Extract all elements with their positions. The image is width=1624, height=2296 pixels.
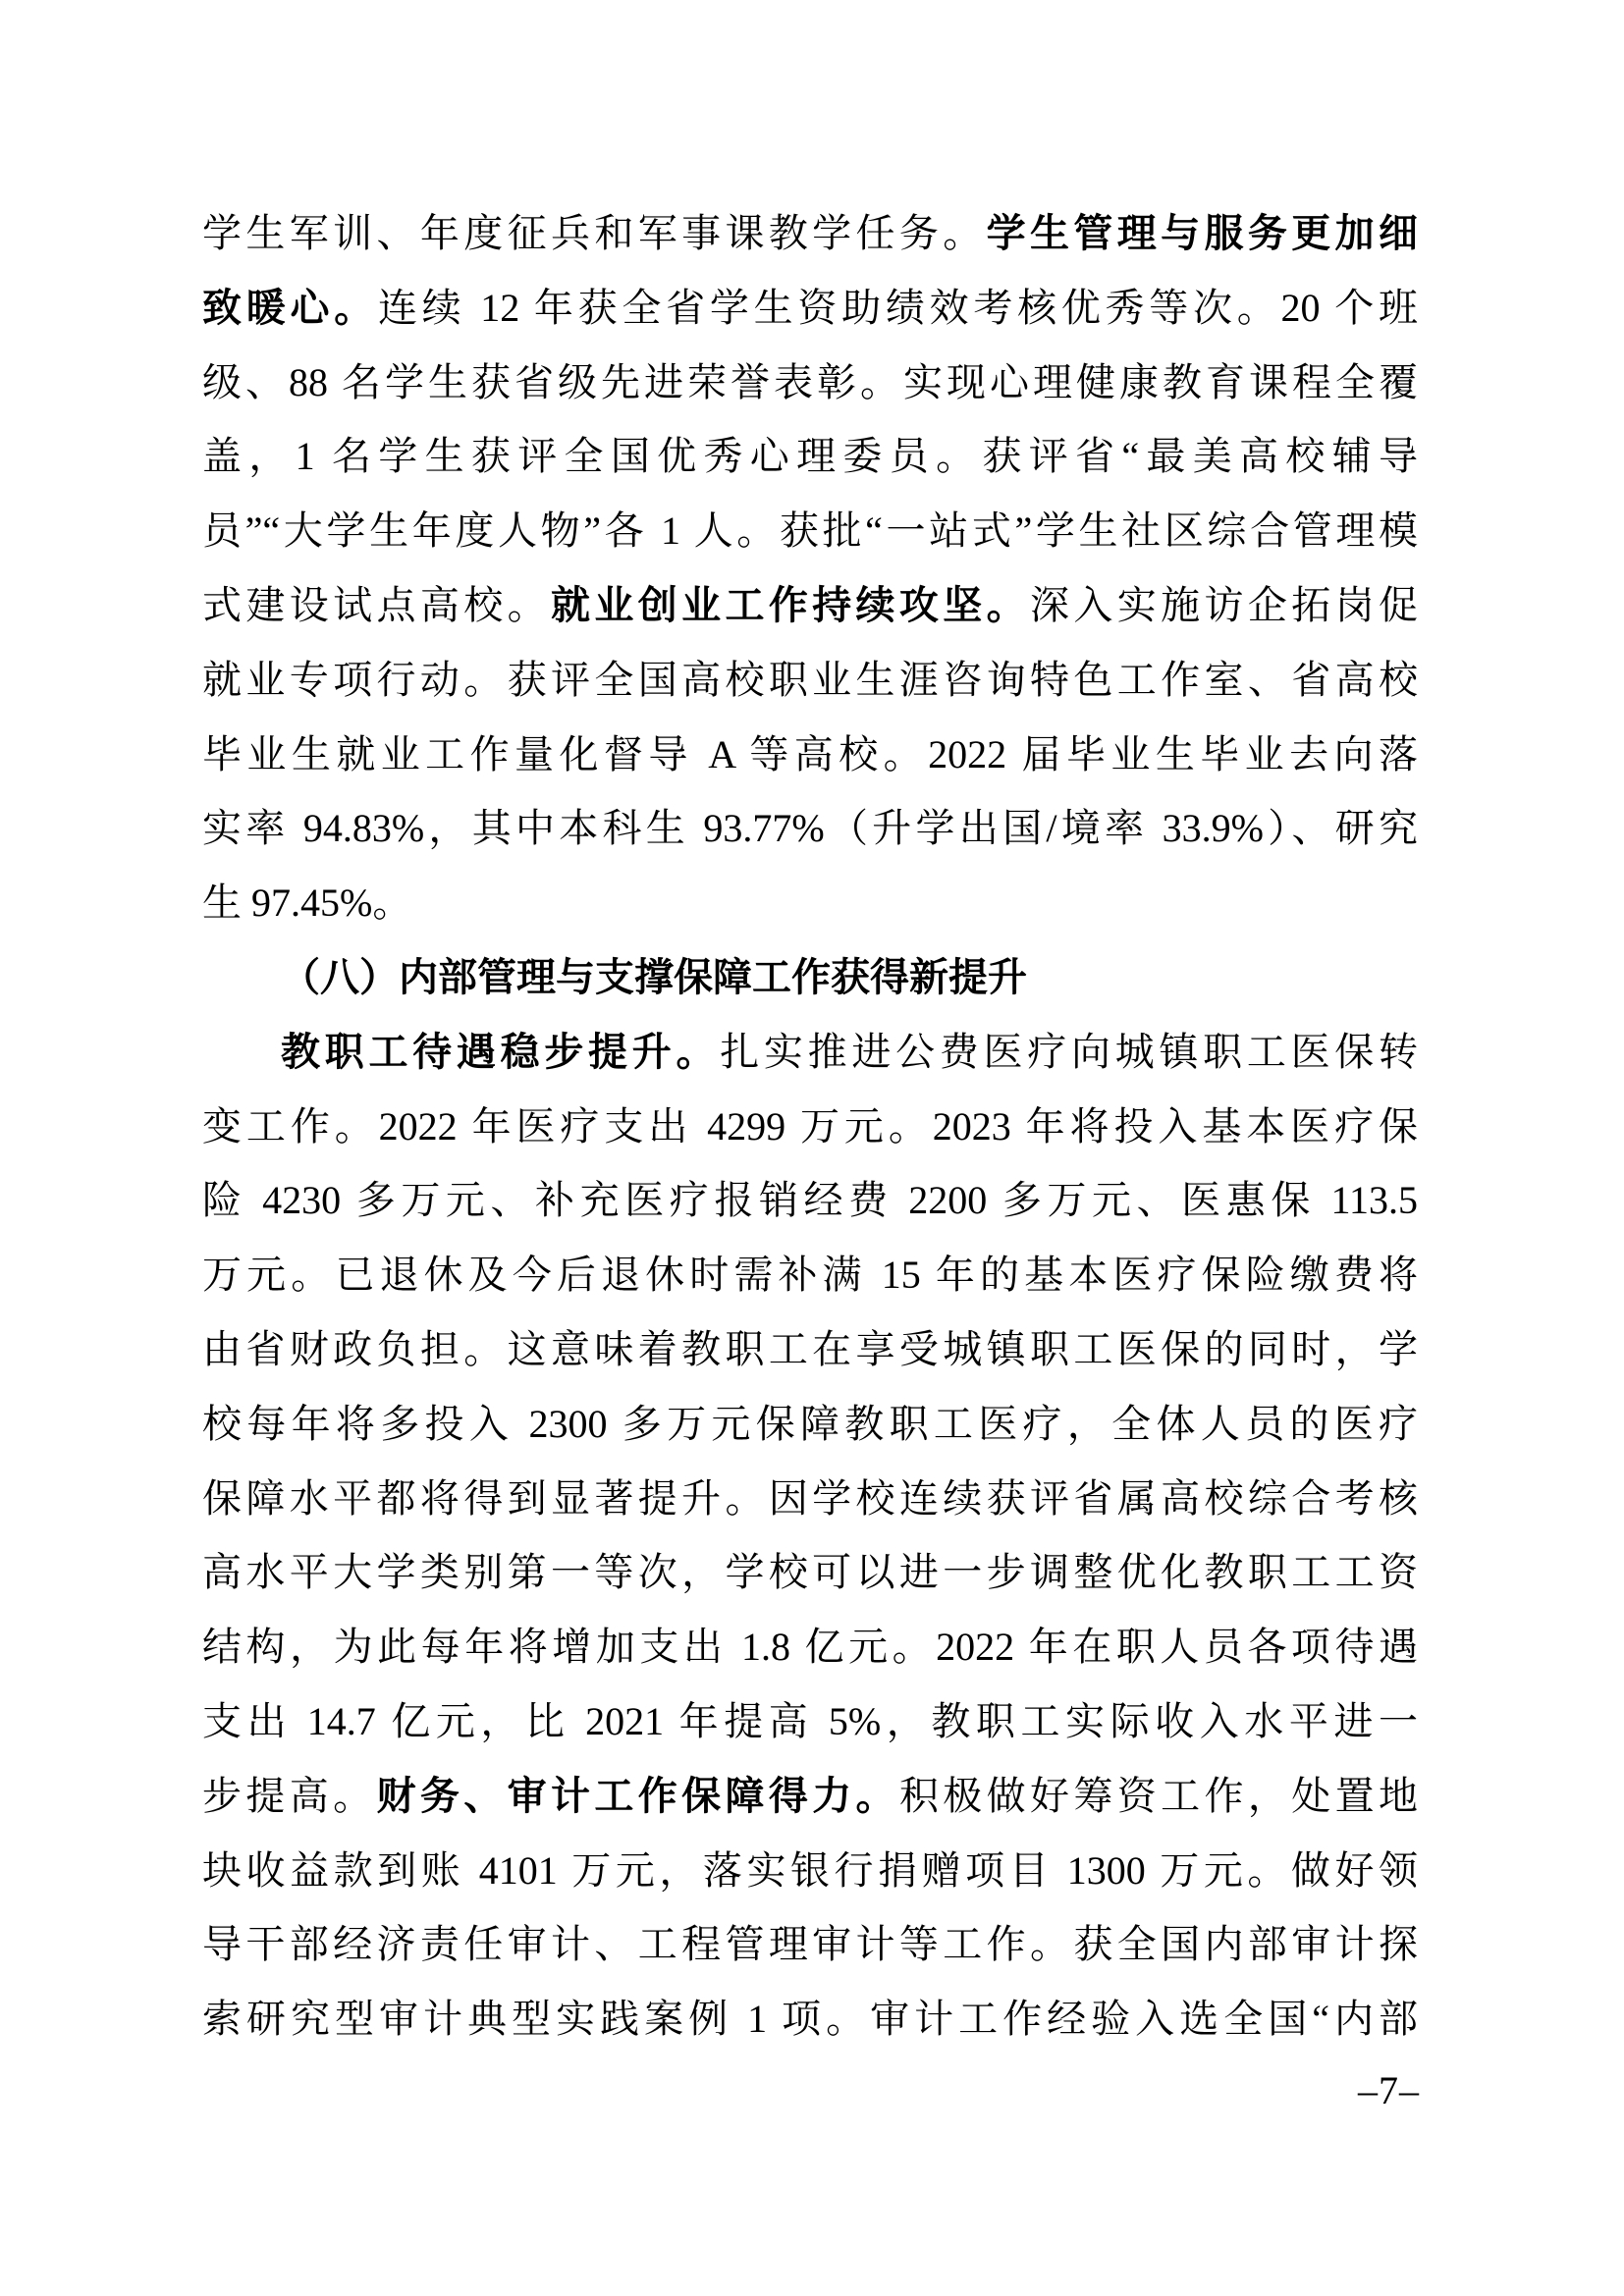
text-segment: 保障水平都将得到显著提升。因学校连续获评省属高校综合考核 <box>202 1476 1418 1521</box>
bold-text-segment: 财务、审计工作保障得力。 <box>376 1774 898 1818</box>
text-segment: 块收益款到账 4101 万元，落实银行捐赠项目 1300 万元。做好领 <box>202 1848 1418 1893</box>
text-line: 保障水平都将得到显著提升。因学校连续获评省属高校综合考核 <box>202 1462 1418 1536</box>
bold-text-segment: （八）内部管理与支撑保障工作获得新提升 <box>281 955 1027 999</box>
text-line: 实率 94.83%，其中本科生 93.77%（升学出国/境率 33.9%）、研究 <box>202 791 1418 866</box>
text-segment: 步提高。 <box>202 1774 376 1818</box>
text-segment: 变工作。2022 年医疗支出 4299 万元。2023 年将投入基本医疗保 <box>202 1104 1418 1148</box>
text-segment: 连续 12 年获全省学生资助绩效考核优秀等次。20 个班 <box>378 286 1418 330</box>
text-line: 式建设试点高校。就业创业工作持续攻坚。深入实施访企拓岗促 <box>202 568 1418 643</box>
text-line: （八）内部管理与支撑保障工作获得新提升 <box>202 940 1418 1015</box>
text-line: 员”“大学生年度人物”各 1 人。获批“一站式”学生社区综合管理模 <box>202 494 1418 568</box>
text-segment: 高水平大学类别第一等次，学校可以进一步调整优化教职工工资 <box>202 1550 1418 1594</box>
text-segment: 员”“大学生年度人物”各 1 人。获批“一站式”学生社区综合管理模 <box>202 508 1418 553</box>
bold-text-segment: 致暖心。 <box>202 286 378 330</box>
text-segment: 结构，为此每年将增加支出 1.8 亿元。2022 年在职人员各项待遇 <box>202 1625 1418 1669</box>
text-line: 支出 14.7 亿元，比 2021 年提高 5%，教职工实际收入水平进一 <box>202 1684 1418 1759</box>
text-line: 变工作。2022 年医疗支出 4299 万元。2023 年将投入基本医疗保 <box>202 1090 1418 1164</box>
text-line: 盖，1 名学生获评全国优秀心理委员。获评省“最美高校辅导 <box>202 419 1418 494</box>
text-segment: 生 97.45%。 <box>202 881 411 925</box>
text-line: 由省财政负担。这意味着教职工在享受城镇职工医保的同时，学 <box>202 1312 1418 1387</box>
text-segment: 实率 94.83%，其中本科生 93.77%（升学出国/境率 33.9%）、研究 <box>202 806 1418 850</box>
text-line: 导干部经济责任审计、工程管理审计等工作。获全国内部审计探 <box>202 1907 1418 1982</box>
text-segment: 险 4230 多万元、补充医疗报销经费 2200 多万元、医惠保 113.5 <box>202 1178 1418 1222</box>
text-line: 索研究型审计典型实践案例 1 项。审计工作经验入选全国“内部 <box>202 1982 1418 2056</box>
text-line: 步提高。财务、审计工作保障得力。积极做好筹资工作，处置地 <box>202 1759 1418 1834</box>
text-segment: 式建设试点高校。 <box>202 583 551 627</box>
text-segment: 盖，1 名学生获评全国优秀心理委员。获评省“最美高校辅导 <box>202 434 1418 478</box>
text-segment: 学生军训、年度征兵和军事课教学任务。 <box>202 211 987 255</box>
text-line: 高水平大学类别第一等次，学校可以进一步调整优化教职工工资 <box>202 1535 1418 1610</box>
text-line: 结构，为此每年将增加支出 1.8 亿元。2022 年在职人员各项待遇 <box>202 1610 1418 1684</box>
bold-text-segment: 学生管理与服务更加细 <box>987 211 1418 255</box>
bold-text-segment: 就业创业工作持续攻坚。 <box>551 583 1030 627</box>
text-segment: 扎实推进公费医疗向城镇职工医保转 <box>720 1030 1418 1074</box>
text-segment: 深入实施访企拓岗促 <box>1030 583 1418 627</box>
text-line: 万元。已退休及今后退休时需补满 15 年的基本医疗保险缴费将 <box>202 1238 1418 1312</box>
text-segment: 级、88 名学生获省级先进荣誉表彰。实现心理健康教育课程全覆 <box>202 360 1418 404</box>
page-number: –7– <box>1358 2061 1420 2120</box>
text-line: 毕业生就业工作量化督导 A 等高校。2022 届毕业生毕业去向落 <box>202 718 1418 792</box>
text-line: 险 4230 多万元、补充医疗报销经费 2200 多万元、医惠保 113.5 <box>202 1163 1418 1238</box>
text-line: 教职工待遇稳步提升。扎实推进公费医疗向城镇职工医保转 <box>202 1015 1418 1090</box>
text-segment: 积极做好筹资工作，处置地 <box>899 1774 1418 1818</box>
document-page: 学生军训、年度征兵和军事课教学任务。学生管理与服务更加细致暖心。连续 12 年获… <box>0 0 1624 2296</box>
text-line: 级、88 名学生获省级先进荣誉表彰。实现心理健康教育课程全覆 <box>202 346 1418 420</box>
text-segment: 导干部经济责任审计、工程管理审计等工作。获全国内部审计探 <box>202 1922 1418 1966</box>
bold-text-segment: 教职工待遇稳步提升。 <box>281 1030 720 1074</box>
text-segment: 支出 14.7 亿元，比 2021 年提高 5%，教职工实际收入水平进一 <box>202 1699 1418 1743</box>
text-segment: 万元。已退休及今后退休时需补满 15 年的基本医疗保险缴费将 <box>202 1253 1418 1297</box>
text-segment: 索研究型审计典型实践案例 1 项。审计工作经验入选全国“内部 <box>202 1997 1418 2041</box>
text-line: 块收益款到账 4101 万元，落实银行捐赠项目 1300 万元。做好领 <box>202 1834 1418 1908</box>
text-segment: 由省财政负担。这意味着教职工在享受城镇职工医保的同时，学 <box>202 1327 1418 1371</box>
text-segment: 校每年将多投入 2300 多万元保障教职工医疗，全体人员的医疗 <box>202 1402 1418 1446</box>
text-line: 校每年将多投入 2300 多万元保障教职工医疗，全体人员的医疗 <box>202 1387 1418 1462</box>
text-line: 致暖心。连续 12 年获全省学生资助绩效考核优秀等次。20 个班 <box>202 271 1418 346</box>
text-line: 生 97.45%。 <box>202 866 1418 940</box>
text-segment: 就业专项行动。获评全国高校职业生涯咨询特色工作室、省高校 <box>202 658 1418 702</box>
text-line: 就业专项行动。获评全国高校职业生涯咨询特色工作室、省高校 <box>202 643 1418 718</box>
text-segment: 毕业生就业工作量化督导 A 等高校。2022 届毕业生毕业去向落 <box>202 732 1418 776</box>
text-line: 学生军训、年度征兵和军事课教学任务。学生管理与服务更加细 <box>202 196 1418 271</box>
document-body: 学生军训、年度征兵和军事课教学任务。学生管理与服务更加细致暖心。连续 12 年获… <box>202 196 1418 2056</box>
